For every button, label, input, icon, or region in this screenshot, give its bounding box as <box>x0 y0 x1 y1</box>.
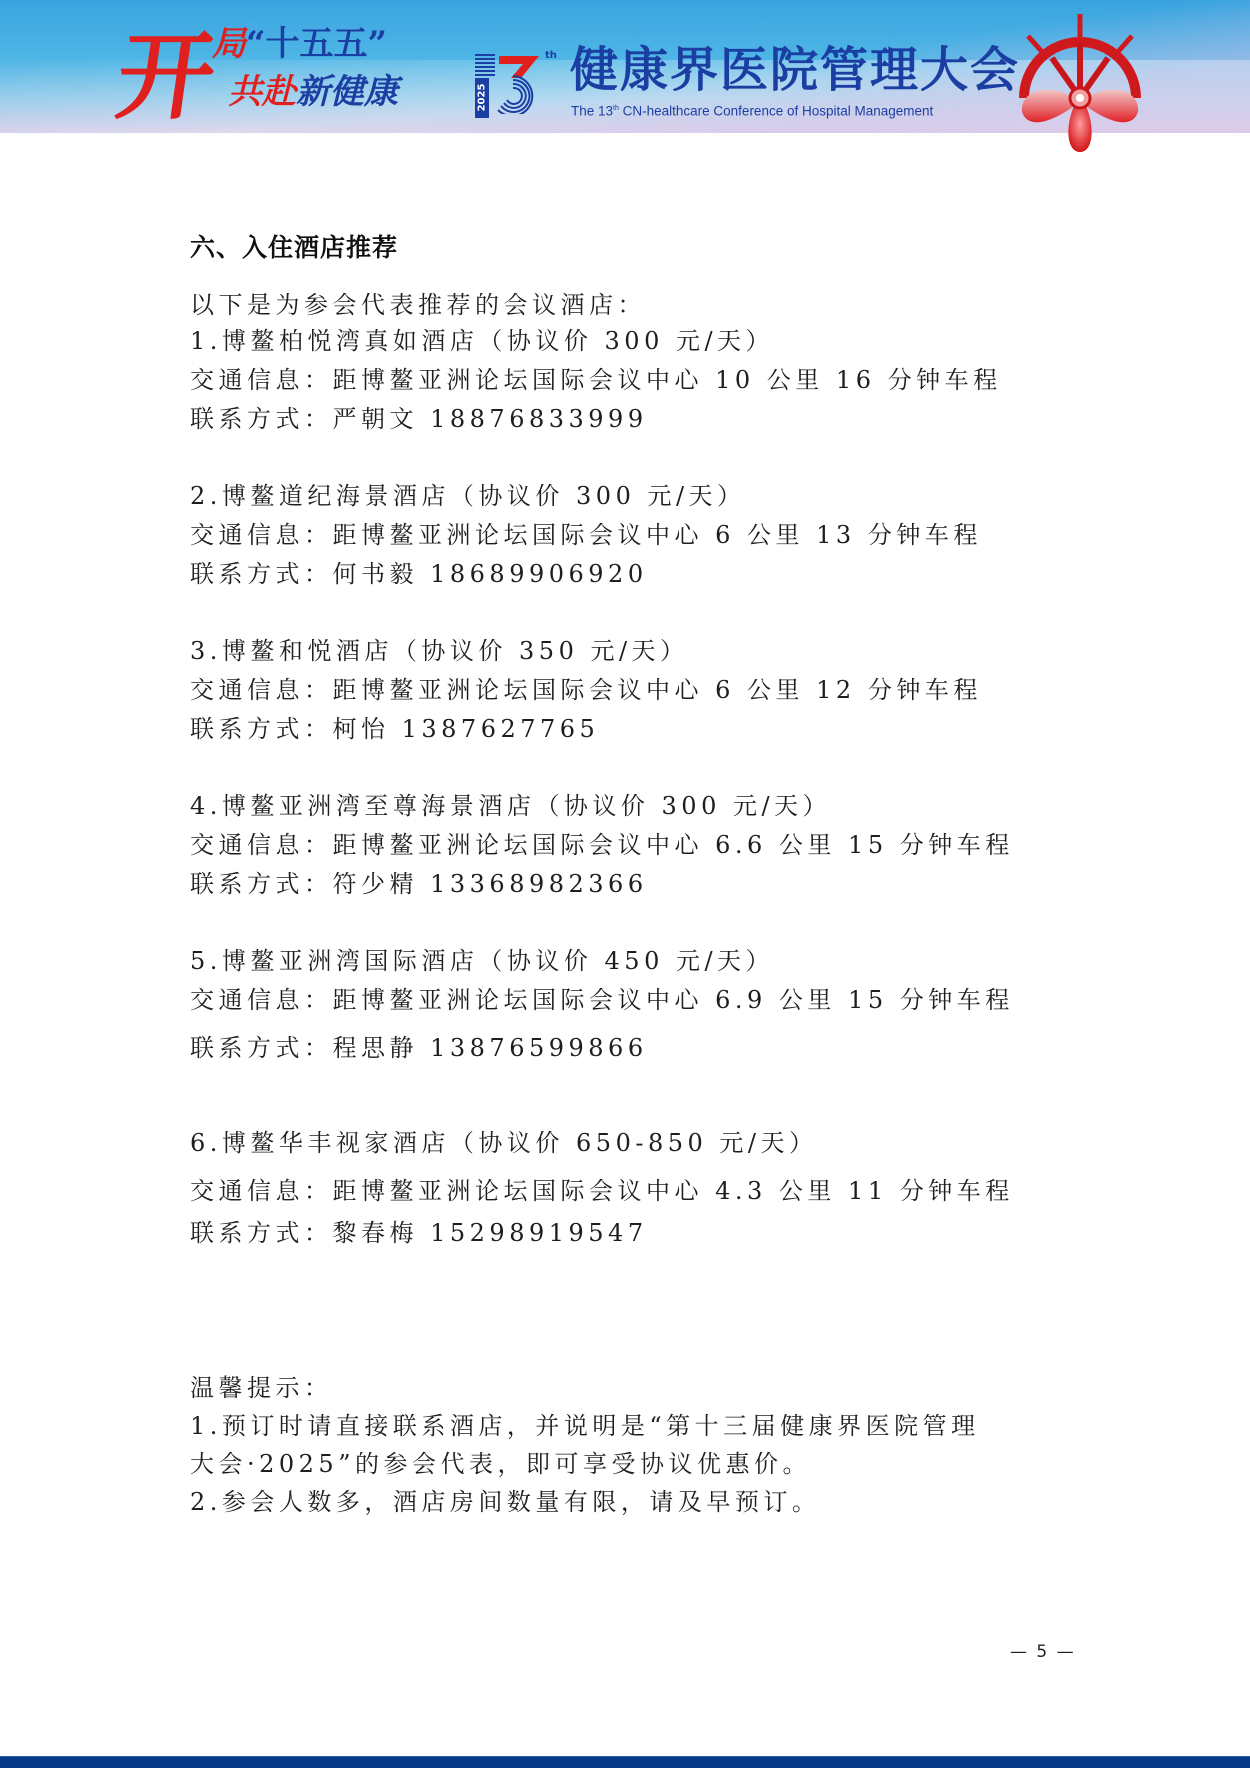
logo-year-badge: 2025 <box>475 78 489 118</box>
tips-title: 温馨提示： <box>190 1372 333 1404</box>
hotel-6-traffic: 交通信息：距博鳌亚洲论坛国际会议中心 4.3 公里 11 分钟车程 <box>190 1175 1014 1207</box>
ship-wheel-propeller-icon <box>1018 12 1143 154</box>
hotel-2-name: 2.博鳌道纪海景酒店（协议价 300 元/天） <box>190 480 746 512</box>
hotel-1-contact: 联系方式：严朝文 18876833999 <box>190 403 648 435</box>
hotel-6-contact: 联系方式：黎春梅 15298919547 <box>190 1217 648 1249</box>
conference-13th-logo: 2025 th <box>475 50 557 114</box>
slogan-line-1: 局“十五五” <box>212 24 387 64</box>
hotel-5-name: 5.博鳌亚洲湾国际酒店（协议价 450 元/天） <box>190 945 774 977</box>
hotel-6-name: 6.博鳌华丰视家酒店（协议价 650-850 元/天） <box>190 1127 817 1159</box>
header-banner: 开 局“十五五” 共赴新健康 2025 th 健康界医院管理大会 The 13t… <box>0 0 1250 133</box>
hotel-5-traffic: 交通信息：距博鳌亚洲论坛国际会议中心 6.9 公里 15 分钟车程 <box>190 984 1014 1016</box>
page-number: — 5 — <box>1010 1641 1076 1663</box>
conference-title: 健康界医院管理大会 <box>570 42 1020 98</box>
section-title: 六、入住酒店推荐 <box>190 230 398 266</box>
tips-line-3: 2.参会人数多，酒店房间数量有限，请及早预订。 <box>190 1486 820 1518</box>
hotel-1-name: 1.博鳌柏悦湾真如酒店（协议价 300 元/天） <box>190 325 774 357</box>
tips-line-1: 1.预订时请直接联系酒店，并说明是“第十三届健康界医院管理 <box>190 1410 980 1442</box>
footer-bar <box>0 1756 1250 1768</box>
subtitle-prefix: The 13 <box>571 104 613 119</box>
slogan-kai-character: 开 <box>110 22 225 132</box>
section-intro: 以下是为参会代表推荐的会议酒店： <box>190 289 646 321</box>
subtitle-rest: CN-healthcare Conference of Hospital Man… <box>619 104 933 119</box>
hotel-4-traffic: 交通信息：距博鳌亚洲论坛国际会议中心 6.6 公里 15 分钟车程 <box>190 829 1014 861</box>
hotel-2-contact: 联系方式：何书毅 18689906920 <box>190 558 648 590</box>
hotel-5-contact: 联系方式：程思静 13876599866 <box>190 1032 648 1064</box>
conference-subtitle: The 13th CN-healthcare Conference of Hos… <box>571 101 933 120</box>
hotel-3-name: 3.博鳌和悦酒店（协议价 350 元/天） <box>190 635 689 667</box>
logo-stripes-icon <box>475 54 495 76</box>
hotel-3-contact: 联系方式：柯怡 1387627765 <box>190 713 599 745</box>
hotel-4-name: 4.博鳌亚洲湾至尊海景酒店（协议价 300 元/天） <box>190 790 831 822</box>
slogan-line-2-red: 共赴 <box>228 72 296 112</box>
slogan-line-1-red: 局 <box>212 24 246 64</box>
hotel-3-traffic: 交通信息：距博鳌亚洲论坛国际会议中心 6 公里 12 分钟车程 <box>190 674 982 706</box>
slogan-line-1-blue: “十五五” <box>246 24 387 64</box>
hotel-1-traffic: 交通信息：距博鳌亚洲论坛国际会议中心 10 公里 16 分钟车程 <box>190 364 1002 396</box>
logo-th-suffix: th <box>545 50 557 61</box>
logo-three-icon <box>493 50 547 114</box>
hotel-2-traffic: 交通信息：距博鳌亚洲论坛国际会议中心 6 公里 13 分钟车程 <box>190 519 982 551</box>
slogan-line-2-blue: 新健康 <box>296 72 398 112</box>
tips-line-2: 大会·2025”的参会代表，即可享受协议优惠价。 <box>190 1448 811 1480</box>
logo-year-text: 2025 <box>477 79 488 117</box>
slogan-line-2: 共赴新健康 <box>228 72 398 112</box>
hotel-4-contact: 联系方式：符少精 13368982366 <box>190 868 648 900</box>
